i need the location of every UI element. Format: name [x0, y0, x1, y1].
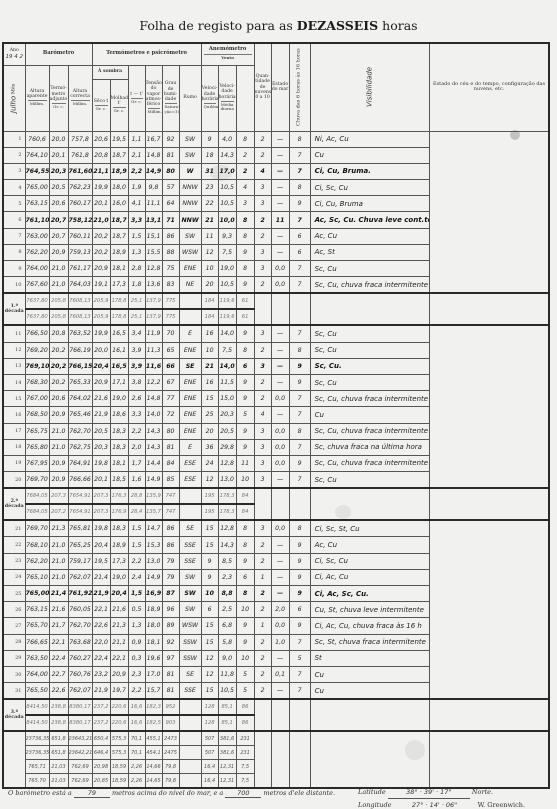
cell-nuv: 10 [236, 602, 254, 618]
sky-observation: Ac, St [310, 244, 429, 260]
cell-nuv: 9 [236, 634, 254, 650]
cell-vel2: 7,5 [218, 244, 236, 260]
cell-nuv: 8 [236, 537, 254, 553]
cell-corr: 763,68 [68, 634, 92, 650]
total-label-cell [3, 731, 25, 788]
summary-cell [179, 504, 201, 520]
shade-header: À sombra [92, 65, 128, 79]
cell-chuva: 2,0 [271, 602, 289, 618]
summary-cell: 8380,17 [68, 715, 92, 731]
cell-chuva: 11 [271, 212, 289, 228]
total-cell: 12,31 [218, 774, 236, 789]
direction-header: Rumo [179, 65, 201, 131]
sea-state-header: Estado do mar [271, 43, 289, 131]
sky-observation: Sc, Cu. [310, 358, 429, 374]
barometer-note: O barómetro está a 79 metros acima do ní… [8, 789, 335, 798]
dry-header: Sêco tGr. c. [92, 79, 110, 131]
summary-cell: 85,1 [218, 715, 236, 731]
cell-alt: 763,50 [25, 650, 49, 666]
cell-rumo: SE [179, 358, 201, 374]
cell-tens: 14,0 [145, 407, 162, 423]
day-row: 1760,620,0757,820,619,51,116,792SW94,082… [3, 131, 549, 147]
cell-corr: 765,81 [68, 520, 92, 537]
day-number: 14 [3, 374, 25, 390]
summary-empty-cell [254, 293, 271, 325]
total-cell: 381,6 [218, 746, 236, 760]
total-empty-cell [310, 731, 429, 788]
cell-vel1: 9 [201, 131, 218, 147]
day-number: 8 [3, 244, 25, 260]
summary-cell [179, 715, 201, 731]
cell-tadj: 21,0 [49, 439, 68, 455]
total-cell [179, 774, 201, 789]
cell-tens: 14,9 [145, 163, 162, 179]
total-observation-cell [430, 731, 549, 788]
total-empty-cell [254, 731, 271, 788]
summary-cell: 7637,80 [25, 293, 49, 309]
cell-seco: 20,1 [92, 196, 110, 212]
cell-nuv: 9 [236, 553, 254, 569]
cell-seco: 20,2 [92, 228, 110, 244]
cell-chuva: — [271, 553, 289, 569]
summary-cell: 207,3 [49, 488, 68, 504]
cell-tadj: 20,3 [49, 163, 68, 179]
summary-cell [179, 309, 201, 325]
cell-molh: 18,9 [110, 163, 128, 179]
cell-mar: 2 [254, 634, 271, 650]
cell-tadj: 20,5 [49, 180, 68, 196]
cell-seco: 21,9 [92, 586, 110, 602]
cell-vis: 8 [289, 131, 310, 147]
cell-mar: 2 [254, 586, 271, 602]
cell-vel2: 13,0 [218, 472, 236, 489]
total-cell: 18,59 [110, 774, 128, 789]
cell-vis: 7 [289, 666, 310, 682]
sky-observation: Sc, St, chuva fraca intermitente [310, 634, 429, 650]
summary-cell: 7608,13 [68, 293, 92, 309]
day-row: 14768,3020,2765,3320,917,13,812,267ENE16… [3, 374, 549, 390]
cell-corr: 760,11 [68, 228, 92, 244]
cell-molh: 17,3 [110, 553, 128, 569]
sky-observation: Sc, Cu, chuva fraca intermitente [310, 277, 429, 294]
day-number: 27 [3, 618, 25, 634]
cell-molh: 16,5 [110, 358, 128, 374]
cell-tadj: 20,7 [49, 228, 68, 244]
cell-chuva: 0,0 [271, 520, 289, 537]
cell-molh: 18,9 [110, 244, 128, 260]
cell-nuv: 9 [236, 325, 254, 342]
summary-cell: 207,3 [92, 504, 110, 520]
cell-diff: 2,3 [128, 666, 145, 682]
decade-summary-row: 2.ª década7684,05207,37654,91207,3176,32… [3, 488, 549, 504]
cell-rumo: SW [179, 569, 201, 585]
total-cell: 762,69 [68, 760, 92, 774]
summary-cell: 7637,80 [25, 309, 49, 325]
cell-mar: 3 [254, 520, 271, 537]
summary-cell: 8414,50 [25, 699, 49, 715]
cell-vel2: 5,8 [218, 634, 236, 650]
cell-nuv: 9 [236, 423, 254, 439]
cell-chuva: — [271, 180, 289, 196]
cell-molh: 19,0 [110, 569, 128, 585]
cell-vel1: 23 [201, 180, 218, 196]
day-number: 10 [3, 277, 25, 294]
summary-cell: 7654,91 [68, 488, 92, 504]
cell-vel2: 20,3 [218, 407, 236, 423]
cell-hum: 81 [162, 439, 179, 455]
cell-nuv: 9 [236, 439, 254, 455]
summary-cell: 195 [201, 488, 218, 504]
cell-seco: 19,9 [92, 325, 110, 342]
cell-vel1: 10 [201, 342, 218, 358]
cell-seco: 21,9 [92, 407, 110, 423]
day-number: 2 [3, 147, 25, 163]
cell-tens: 15,5 [145, 244, 162, 260]
cell-nuv: 3 [236, 196, 254, 212]
cell-tens: 15,7 [145, 683, 162, 700]
cell-chuva: 0,0 [271, 391, 289, 407]
total-cell: 23736,35 [25, 746, 49, 760]
cell-tadj: 20,9 [49, 472, 68, 489]
total-cell: 2,26 [128, 774, 145, 789]
summary-cell: 205,9 [92, 293, 110, 309]
cell-diff: 4,1 [128, 196, 145, 212]
total-cell: 651,8 [49, 746, 68, 760]
cell-tadj: 21,7 [49, 618, 68, 634]
summary-cell: 205,9 [92, 309, 110, 325]
cell-corr: 758,12 [68, 212, 92, 228]
summary-cell: 7684,05 [25, 488, 49, 504]
cell-diff: 1,9 [128, 180, 145, 196]
cell-vel1: 12 [201, 244, 218, 260]
cell-corr: 764,02 [68, 391, 92, 407]
year-header: Ano19 4 2 [3, 43, 25, 65]
cell-vis: 9 [289, 358, 310, 374]
summary-cell: 747 [162, 488, 179, 504]
decade-summary-row: 1.ª década7637,80205,87608,13205,9178,82… [3, 293, 549, 309]
sky-observation: Ci, Cu, Bruma [310, 196, 429, 212]
monthly-total-row: 23736,35651,823643,21650,4575,370,1455,1… [3, 731, 549, 746]
cell-vis: 6 [289, 228, 310, 244]
cell-hum: 77 [162, 391, 179, 407]
cell-vel2: 9,3 [218, 228, 236, 244]
day-number: 3 [3, 163, 25, 179]
sky-observation: Ci, Ac, Cu, chuva fraca às 16 h [310, 618, 429, 634]
total-cell: 7,5 [236, 760, 254, 774]
cell-diff: 2,6 [128, 391, 145, 407]
cell-rumo: SW [179, 228, 201, 244]
day-row: 16768,5020,9765,4621,918,63,314,072ENE25… [3, 407, 549, 423]
coordinates: Latitude 38° · 39' · 17" Norte. Longitud… [358, 786, 525, 809]
day-number: 21 [3, 520, 25, 537]
cell-vel1: 10 [201, 586, 218, 602]
summary-empty-cell [289, 293, 310, 325]
cell-rumo: E [179, 325, 201, 342]
cell-seco: 20,5 [92, 423, 110, 439]
summary-cell: 178,3 [218, 488, 236, 504]
total-cell: 651,8 [49, 731, 68, 746]
cell-vis: 9 [289, 553, 310, 569]
summary-cell: 137,9 [145, 309, 162, 325]
summary-observation-cell [430, 699, 549, 731]
cell-tadj: 20,8 [49, 325, 68, 342]
cell-alt: 768,50 [25, 407, 49, 423]
cell-molh: 21,1 [110, 634, 128, 650]
cell-chuva: — [271, 163, 289, 179]
cell-vis: 7 [289, 683, 310, 700]
cell-vel2: 4,0 [218, 131, 236, 147]
cell-diff: 1,1 [128, 131, 145, 147]
cell-mar: 1 [254, 569, 271, 585]
cell-alt: 769,70 [25, 472, 49, 489]
cell-chuva: 0,1 [271, 666, 289, 682]
cell-seco: 20,4 [92, 358, 110, 374]
cell-rumo: ENE [179, 261, 201, 277]
cell-hum: 70 [162, 325, 179, 342]
cell-alt: 764,10 [25, 147, 49, 163]
cell-tens: 15,1 [145, 228, 162, 244]
cell-tadj: 21,3 [49, 520, 68, 537]
summary-empty-cell [254, 699, 271, 731]
cell-mar: 2 [254, 666, 271, 682]
cell-tens: 13,1 [145, 212, 162, 228]
summary-cell: 86 [236, 715, 254, 731]
cell-tadj: 22,4 [49, 650, 68, 666]
cell-mar: 2 [254, 147, 271, 163]
cell-corr: 764,91 [68, 455, 92, 471]
cell-alt: 765,80 [25, 439, 49, 455]
cell-molh: 18,3 [110, 423, 128, 439]
cell-vel2: 10,5 [218, 277, 236, 294]
cell-diff: 2,2 [128, 553, 145, 569]
total-cell: 646,4 [92, 746, 110, 760]
cell-tens: 16,7 [145, 131, 162, 147]
sky-observation: Sc, chuva fraca na última hora [310, 439, 429, 455]
cell-chuva: — [271, 683, 289, 700]
cell-rumo: SW [179, 147, 201, 163]
cell-vel2: 20,5 [218, 423, 236, 439]
summary-cell: 7684,05 [25, 504, 49, 520]
sky-observation: Cu [310, 407, 429, 423]
decade-summary-row: 3.ª década8414,50238,88380,17237,2220,61… [3, 699, 549, 715]
cell-mar: 3 [254, 455, 271, 471]
cell-hum: 92 [162, 634, 179, 650]
day-number: 17 [3, 423, 25, 439]
cell-tadj: 20,0 [49, 131, 68, 147]
day-row: 12769,2020,2766,1920,016,13,911,365ENE10… [3, 342, 549, 358]
day-row: 27765,7021,7762,7022,621,31,318,089WSW15… [3, 618, 549, 634]
summary-cell: 176,3 [110, 488, 128, 504]
cell-mar: 3 [254, 325, 271, 342]
summary-cell: 119,6 [218, 293, 236, 309]
cell-mar: 2 [254, 212, 271, 228]
day-row: 9764,0021,0761,1720,918,12,812,875ENE101… [3, 261, 549, 277]
cell-rumo: ENE [179, 374, 201, 390]
total-cell [179, 760, 201, 774]
summary-cell: 178,8 [110, 293, 128, 309]
cell-corr: 760,05 [68, 602, 92, 618]
cell-chuva: — [271, 228, 289, 244]
summary-cell: 16,6 [128, 715, 145, 731]
latitude-value: 38° · 39' · 17" [388, 786, 470, 799]
cell-tens: 14,7 [145, 520, 162, 537]
cell-vis: 7 [289, 634, 310, 650]
cell-seco: 19,1 [92, 277, 110, 294]
cell-tens: 12,2 [145, 374, 162, 390]
summary-cell: 178,3 [218, 504, 236, 520]
cell-corr: 760,27 [68, 650, 92, 666]
cell-tadj: 22,6 [49, 683, 68, 700]
cell-rumo: ESE [179, 455, 201, 471]
cell-diff: 1,8 [128, 277, 145, 294]
cell-alt: 763,15 [25, 196, 49, 212]
cell-alt: 764,00 [25, 261, 49, 277]
cell-alt: 768,30 [25, 374, 49, 390]
total-cell: 2,26 [128, 760, 145, 774]
cell-mar: 3 [254, 180, 271, 196]
humidity-header: Grau de humi-dadeSatura-ção=100 [162, 65, 179, 131]
cell-mar: 3 [254, 244, 271, 260]
total-cell: 23643,21 [68, 731, 92, 746]
summary-cell: 220,6 [110, 699, 128, 715]
day-row: 10767,6021,0764,0319,117,31,813,683NE201… [3, 277, 549, 294]
cell-alt: 769,10 [25, 358, 49, 374]
cell-hum: 71 [162, 212, 179, 228]
cell-vel2: 11,5 [218, 374, 236, 390]
cell-molh: 18,1 [110, 455, 128, 471]
cell-vis: 6 [289, 602, 310, 618]
thermometers-header: Termómetros e psicrómetro [92, 43, 201, 65]
cell-hum: 86 [162, 537, 179, 553]
cell-chuva: — [271, 131, 289, 147]
cell-alt: 762,20 [25, 244, 49, 260]
summary-cell: 25,1 [128, 293, 145, 309]
cell-corr: 761,17 [68, 261, 92, 277]
cell-vis: 7 [289, 391, 310, 407]
cell-chuva: — [271, 472, 289, 489]
cell-diff: 0,5 [128, 602, 145, 618]
cell-tadj: 21,4 [49, 586, 68, 602]
cell-vel1: 12 [201, 472, 218, 489]
cell-vis: 9 [289, 455, 310, 471]
cell-hum: 57 [162, 180, 179, 196]
cell-mar: 2 [254, 374, 271, 390]
cell-rumo: E [179, 439, 201, 455]
cell-corr: 765,25 [68, 537, 92, 553]
day-number: 26 [3, 602, 25, 618]
day-number: 16 [3, 407, 25, 423]
sky-state-header: Estado do céu e do tempo, configuração d… [430, 43, 549, 131]
summary-cell [179, 293, 201, 309]
total-cell: 79,8 [162, 760, 179, 774]
total-cell: 575,3 [110, 746, 128, 760]
cell-rumo: SSE [179, 683, 201, 700]
cell-vel1: 9 [201, 553, 218, 569]
cell-alt: 764,00 [25, 666, 49, 682]
attached-thermometer-header: Termó-metro adjuntoGr. c. [49, 65, 68, 131]
cell-vis: 7 [289, 325, 310, 342]
cell-alt: 763,00 [25, 228, 49, 244]
total-cell: 765,70 [25, 774, 49, 789]
cell-hum: 80 [162, 423, 179, 439]
summary-cell: 119,6 [218, 309, 236, 325]
total-cell: 381,6 [218, 731, 236, 746]
cell-nuv: 9 [236, 618, 254, 634]
cell-vis: 9 [289, 374, 310, 390]
title-hour: DEZASSEIS [297, 18, 378, 33]
sky-observation: Cu [310, 666, 429, 682]
cell-diff: 2,2 [128, 163, 145, 179]
cell-diff: 1,5 [128, 537, 145, 553]
summary-empty-cell [289, 488, 310, 520]
summary-cell: 182,3 [145, 699, 162, 715]
cell-molh: 19,7 [110, 683, 128, 700]
cell-tadj: 20,9 [49, 407, 68, 423]
cell-alt: 768,10 [25, 537, 49, 553]
month-header: Julho Mês [3, 65, 25, 131]
cell-vel2: 9,0 [218, 650, 236, 666]
vapor-tension-header: Tensão do vapor atmos-féricoMillim. [145, 65, 162, 131]
summary-empty-cell [271, 293, 289, 325]
cell-molh: 18,6 [110, 407, 128, 423]
cell-vis: 7 [289, 472, 310, 489]
summary-cell: 135,9 [145, 488, 162, 504]
cell-vel1: 15 [201, 618, 218, 634]
cell-rumo: ESE [179, 472, 201, 489]
cell-mar: 3 [254, 439, 271, 455]
cell-tens: 14,8 [145, 147, 162, 163]
cell-tens: 18,9 [145, 602, 162, 618]
cell-tens: 11,9 [145, 325, 162, 342]
anemometer-header: AnemómetroVento [201, 43, 254, 65]
barometer-header: Barómetro [25, 43, 92, 65]
total-empty-cell [289, 731, 310, 788]
cell-corr: 760,17 [68, 196, 92, 212]
visibility-header: Visibilidade [310, 43, 429, 131]
cell-hum: 83 [162, 277, 179, 294]
total-empty-cell [271, 731, 289, 788]
day-number: 7 [3, 228, 25, 244]
cell-vel1: 36 [201, 439, 218, 455]
cell-vis: 7 [289, 212, 310, 228]
cell-tens: 13,0 [145, 553, 162, 569]
cell-rumo: WSW [179, 618, 201, 634]
total-cell: 12,31 [218, 760, 236, 774]
decade-label: 2.ª década [3, 488, 25, 520]
cell-mar: 3 [254, 358, 271, 374]
cell-alt: 765,10 [25, 569, 49, 585]
cell-nuv: 8 [236, 520, 254, 537]
cell-vel2: 10,5 [218, 180, 236, 196]
summary-empty-cell [271, 699, 289, 731]
day-number: 24 [3, 569, 25, 585]
cell-tadj: 20,1 [49, 147, 68, 163]
cell-tadj: 20,9 [49, 455, 68, 471]
cell-molh: 18,1 [110, 261, 128, 277]
cell-hum: 79 [162, 569, 179, 585]
cell-mar: 2 [254, 131, 271, 147]
total-cell: 2475 [162, 746, 179, 760]
cell-molh: 18,3 [110, 439, 128, 455]
cell-vis: 8 [289, 180, 310, 196]
cell-seco: 20,9 [92, 261, 110, 277]
cell-tens: 15,3 [145, 537, 162, 553]
day-row: 11766,5020,8763,5219,916,53,411,970E1614… [3, 325, 549, 342]
cell-corr: 766,19 [68, 342, 92, 358]
summary-cell: 207,2 [49, 504, 68, 520]
cell-chuva: — [271, 325, 289, 342]
cell-seco: 20,9 [92, 374, 110, 390]
